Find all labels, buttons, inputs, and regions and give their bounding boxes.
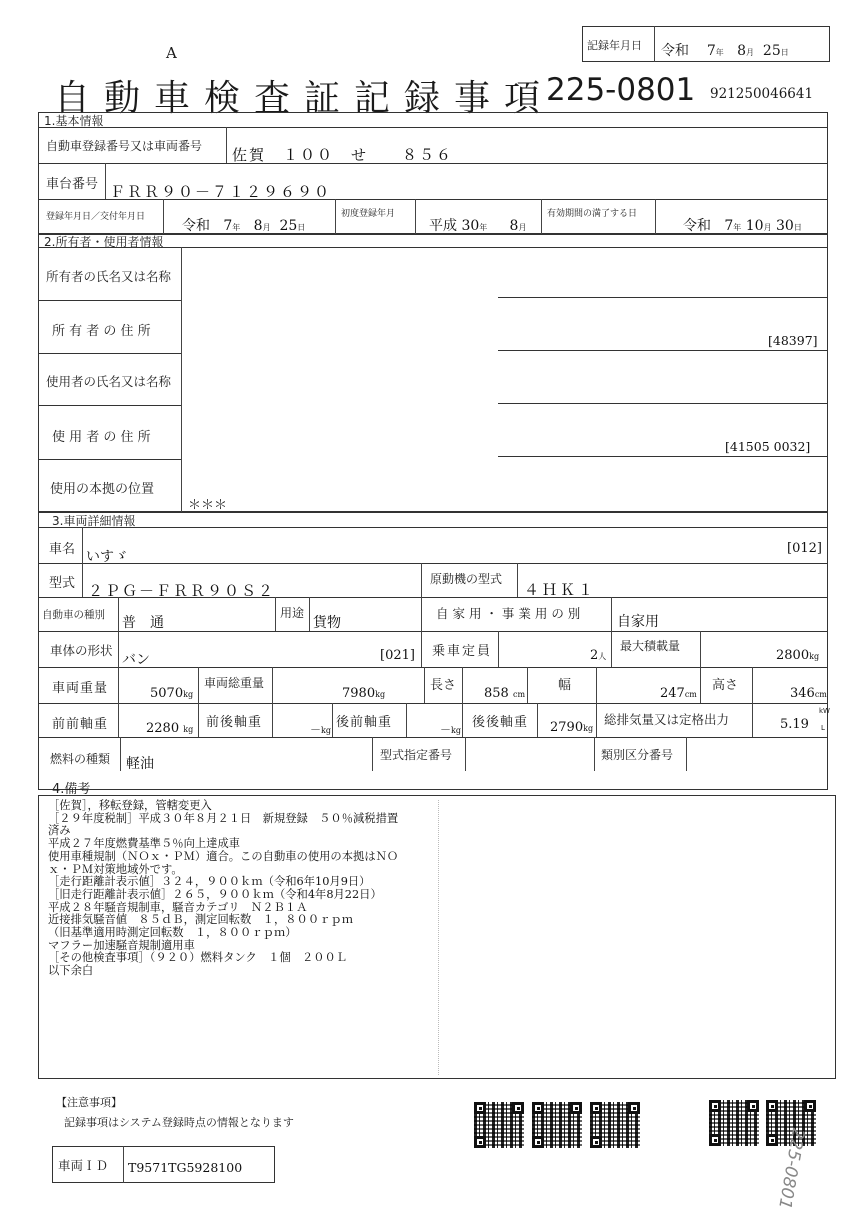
car-name-code: [012] bbox=[787, 541, 822, 556]
gross-weight-label: 車両総重量 bbox=[204, 674, 264, 691]
user-address-code: [41505 0032] bbox=[725, 439, 810, 454]
first-registration-label: 初度登録年月 bbox=[341, 206, 395, 219]
body-shape-code: [021] bbox=[380, 648, 415, 663]
model-label: 型式 bbox=[49, 572, 75, 591]
rf-axle: －kg bbox=[440, 721, 461, 737]
registration-date-label: 登録年月日／交付年月日 bbox=[46, 209, 145, 222]
remarks-line: 以下余白 bbox=[48, 965, 448, 978]
doc-number: 225-0801 bbox=[546, 72, 695, 108]
capacity: 2人 bbox=[590, 648, 606, 663]
unit-liter: L bbox=[821, 724, 825, 732]
remarks-line: ［その他検査事項］（９２０）燃料タンク １個 ２００Ｌ bbox=[48, 952, 448, 965]
category-number-label: 類別区分番号 bbox=[601, 746, 673, 763]
vehicle-type: 普 通 bbox=[122, 612, 164, 632]
fr-axle: －kg bbox=[310, 721, 331, 737]
base-location: ＊＊＊ bbox=[188, 494, 227, 513]
registration-date: 令和 7年 8月 25日 bbox=[182, 215, 305, 235]
vehicle-weight: 5070kg bbox=[150, 686, 193, 701]
notes-title: 【注意事項】 bbox=[56, 1094, 122, 1110]
body-shape-label: 車体の形状 bbox=[50, 641, 113, 659]
serial-number: 921250046641 bbox=[710, 86, 813, 102]
user-name-label: 使用者の氏名又は名称 bbox=[46, 372, 171, 390]
remarks-line: ［２９年度税制］平成３０年８月２１日 新規登録 ５０％減税措置 bbox=[48, 813, 448, 826]
qr-code-2 bbox=[532, 1102, 582, 1148]
unit-kw: kW bbox=[819, 707, 830, 715]
expiry-date: 令和 7年 10月 30日 bbox=[683, 215, 802, 235]
record-date: 令和 7年 8月 25日 bbox=[661, 40, 789, 60]
remarks-line: ［佐賀］，移転登録，管轄変更入 bbox=[48, 800, 448, 813]
record-date-label: 記録年月日 bbox=[587, 37, 642, 53]
height: 346cm bbox=[790, 686, 827, 701]
user-address-label: 使 用 者 の 住 所 bbox=[52, 426, 151, 445]
body-shape: バン bbox=[122, 649, 150, 669]
rr-axle: 2790kg bbox=[550, 720, 593, 735]
private-business-label: 自 家 用 ・ 事 業 用 の 別 bbox=[436, 604, 580, 622]
remarks-line: （旧基準適用時測定回転数 １，８００ｒｐｍ） bbox=[48, 927, 448, 940]
fr-axle-label: 前後軸重 bbox=[206, 711, 262, 730]
notes-text: 記録事項はシステム登録時点の情報となります bbox=[64, 1114, 294, 1130]
owner-address-label: 所 有 者 の 住 所 bbox=[52, 320, 151, 339]
owner-name-label: 所有者の氏名又は名称 bbox=[46, 267, 171, 285]
fuel: 軽油 bbox=[126, 753, 154, 773]
remarks-line: 使用車種規制（ＮＯｘ・ＰＭ）適合。この自動車の使用の本拠はＮＯ bbox=[48, 851, 448, 864]
max-load: 2800kg bbox=[776, 648, 819, 663]
qr-code-1 bbox=[474, 1102, 524, 1148]
fuel-label: 燃料の種類 bbox=[50, 750, 110, 767]
length-label: 長さ bbox=[430, 674, 456, 693]
corner-mark: A bbox=[166, 44, 177, 62]
expiry-label: 有効期間の満了する日 bbox=[547, 206, 637, 219]
max-load-label: 最大積載量 bbox=[620, 637, 680, 654]
vehicle-id-label: 車両ＩＤ bbox=[58, 1156, 108, 1174]
type-designation-label: 型式指定番号 bbox=[380, 746, 452, 763]
gross-weight: 7980kg bbox=[342, 686, 385, 701]
displacement-label: 総排気量又は定格出力 bbox=[604, 710, 729, 728]
registration-number: 佐賀 １００ せ ８５６ bbox=[232, 144, 453, 165]
usage: 貨物 bbox=[313, 612, 341, 632]
vehicle-weight-label: 車両重量 bbox=[52, 677, 108, 696]
ff-axle-label: 前前軸重 bbox=[52, 713, 108, 732]
remarks-line: 平成２７年度燃費基準５％向上達成車 bbox=[48, 838, 448, 851]
width: 247cm bbox=[660, 686, 697, 701]
ff-axle: 2280 kg bbox=[146, 721, 193, 736]
car-name-label: 車名 bbox=[49, 538, 75, 557]
length: 858 cm bbox=[484, 686, 525, 701]
width-label: 幅 bbox=[558, 674, 571, 693]
rr-axle-label: 後後軸重 bbox=[472, 711, 528, 730]
remarks-line: ［旧走行距離計表示値］２６５，９００ｋｍ（令和4年8月22日） bbox=[48, 889, 448, 902]
capacity-label: 乗車定員 bbox=[432, 640, 492, 659]
usage-label: 用途 bbox=[280, 604, 304, 621]
vehicle-type-label: 自動車の種別 bbox=[42, 607, 105, 622]
first-registration: 平成 30年 8月 bbox=[429, 215, 526, 235]
chassis-number-label: 車台番号 bbox=[46, 173, 98, 192]
displacement: 5.19 bbox=[780, 717, 809, 732]
remarks-text: ［佐賀］，移転登録，管轄変更入［２９年度税制］平成３０年８月２１日 新規登録 ５… bbox=[48, 800, 448, 978]
height-label: 高さ bbox=[712, 674, 738, 693]
engine-model-label: 原動機の型式 bbox=[430, 570, 502, 587]
base-location-label: 使用の本拠の位置 bbox=[50, 478, 154, 497]
owner-address-code: [48397] bbox=[768, 333, 818, 348]
qr-code-4 bbox=[709, 1100, 759, 1146]
private-business: 自家用 bbox=[617, 611, 659, 631]
vehicle-id: T9571TG5928100 bbox=[128, 1160, 242, 1175]
qr-code-3 bbox=[590, 1102, 640, 1148]
rf-axle-label: 後前軸重 bbox=[336, 711, 392, 730]
registration-number-label: 自動車登録番号又は車両番号 bbox=[46, 137, 202, 154]
